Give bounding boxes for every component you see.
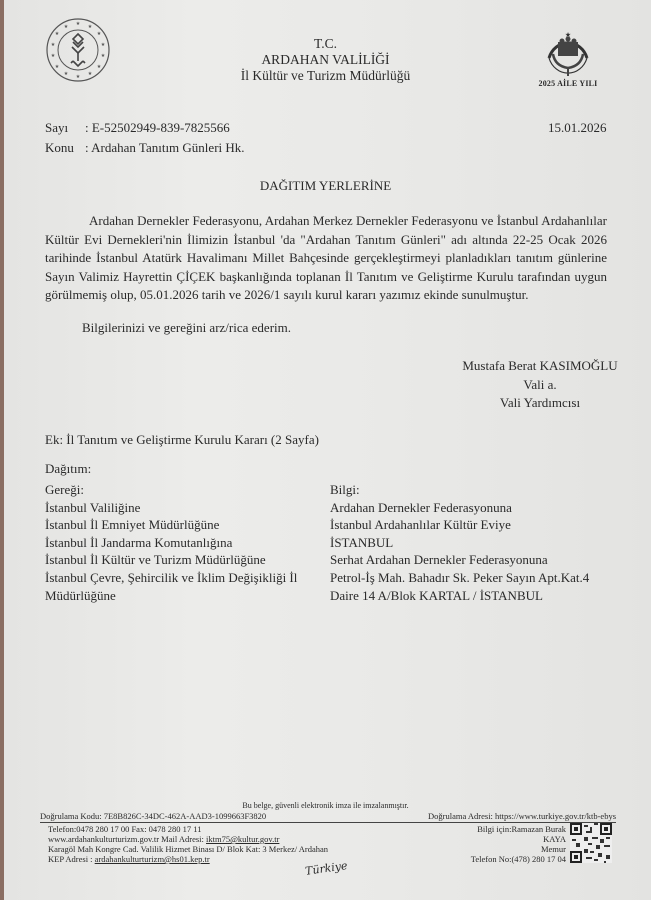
list-item: İstanbul Ardahanlılar Kültür Eviye (330, 516, 589, 534)
list-item: İSTANBUL (330, 534, 589, 552)
signatory-name: Mustafa Berat KASIMOĞLU (440, 357, 640, 376)
konu-label: Konu (45, 140, 85, 156)
contact-person-name: Bilgi için:Ramazan Burak (440, 824, 566, 834)
distribution-action-list: Gereği: İstanbul Valiliğine İstanbul İl … (45, 481, 297, 604)
contact-person-surname: KAYA (440, 834, 566, 844)
konu-row: Konu: Ardahan Tanıtım Günleri Hk. (45, 140, 245, 156)
list-item: İstanbul İl Jandarma Komutanlığına (45, 534, 297, 552)
sayi-value: : E-52502949-839-7825566 (85, 120, 230, 135)
sayi-row: Sayı: E-52502949-839-7825566 (45, 120, 230, 136)
info-heading: Bilgi: (330, 481, 589, 499)
attachment-line: Ek: İl Tanıtım ve Geliştirme Kurulu Kara… (45, 432, 319, 448)
document-title: DAĞITIM YERLERİNE (0, 178, 651, 194)
body-text: Ardahan Dernekler Federasyonu, Ardahan M… (45, 212, 607, 305)
body-paragraph: Ardahan Dernekler Federasyonu, Ardahan M… (45, 212, 607, 305)
contact-person-phone: Telefon No:(478) 280 17 04 (440, 854, 566, 864)
signatory-title: Vali Yardımcısı (440, 394, 640, 413)
list-item: İstanbul Çevre, Şehircilik ve İklim Deği… (45, 569, 297, 587)
list-item: Ardahan Dernekler Federasyonuna (330, 499, 589, 517)
kep-link[interactable]: ardahankulturturizm@hs01.kep.tr (95, 854, 210, 864)
action-heading: Gereği: (45, 481, 297, 499)
distribution-heading: Dağıtım: (45, 461, 91, 477)
family-year-emblem-icon: ★ (543, 24, 593, 80)
list-item: Petrol-İş Mah. Bahadır Sk. Peker Sayın A… (330, 569, 589, 587)
family-year-caption: 2025 AİLE YILI (522, 79, 614, 88)
konu-value: : Ardahan Tanıtım Günleri Hk. (85, 140, 245, 155)
signatory-capacity: Vali a. (440, 376, 640, 395)
contact-person-title: Memur (440, 844, 566, 854)
document-date: 15.01.2026 (548, 120, 607, 136)
list-item: Serhat Ardahan Dernekler Federasyonuna (330, 551, 589, 569)
svg-text:★: ★ (64, 24, 69, 30)
web-mail-prefix: www.ardahankulturturizm.gov.tr Mail Adre… (48, 834, 206, 844)
esign-note: Bu belge, güvenli elektronik imza ile im… (0, 801, 651, 810)
verification-code: Doğrulama Kodu: 7E8B826C-34DC-462A-AAD3-… (40, 811, 266, 821)
verification-row: Doğrulama Kodu: 7E8B826C-34DC-462A-AAD3-… (40, 811, 616, 823)
qr-code-icon[interactable] (570, 823, 612, 863)
closing-line: Bilgilerinizi ve gereğini arz/rica ederi… (82, 320, 291, 336)
postal-address: Karagöl Mah Kongre Cad. Valilik Hizmet B… (48, 844, 328, 854)
kep-line: KEP Adresi : ardahankulturturizm@hs01.ke… (48, 854, 328, 864)
phone-fax: Telefon:0478 280 17 00 Fax: 0478 280 17 … (48, 824, 328, 834)
list-item: İstanbul İl Kültür ve Turizm Müdürlüğüne (45, 551, 297, 569)
kep-prefix: KEP Adresi : (48, 854, 95, 864)
contact-block: Telefon:0478 280 17 00 Fax: 0478 280 17 … (48, 824, 328, 864)
distribution-info-list: Bilgi: Ardahan Dernekler Federasyonuna İ… (330, 481, 589, 604)
list-item: İstanbul Valiliğine (45, 499, 297, 517)
svg-text:★: ★ (76, 21, 81, 27)
list-item: Müdürlüğüne (45, 587, 297, 605)
list-item: İstanbul İl Emniyet Müdürlüğüne (45, 516, 297, 534)
contact-person: Bilgi için:Ramazan Burak KAYA Memur Tele… (440, 824, 566, 864)
web-mail-line: www.ardahankulturturizm.gov.tr Mail Adre… (48, 834, 328, 844)
signature-block: Mustafa Berat KASIMOĞLU Vali a. Vali Yar… (440, 357, 640, 413)
list-item: Daire 14 A/Blok KARTAL / İSTANBUL (330, 587, 589, 605)
verification-address[interactable]: Doğrulama Adresi: https://www.turkiye.go… (428, 811, 616, 821)
mail-link[interactable]: iktm75@kultur.gov.tr (206, 834, 279, 844)
svg-text:★: ★ (88, 24, 93, 30)
sayi-label: Sayı (45, 120, 85, 136)
